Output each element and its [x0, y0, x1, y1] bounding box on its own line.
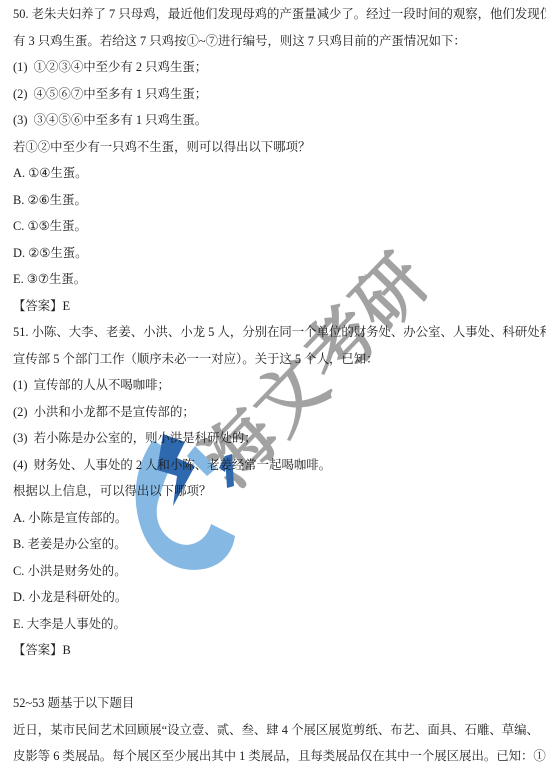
question-51-stem-line-2: 宣传部 5 个部门工作（顺序未必一一对应）。关于这 5 个人，已知：	[13, 346, 535, 373]
section-52-53-body-line-1: 近日，某市民间艺术回顾展“设立壹、贰、叁、肆 4 个展区展览剪纸、布艺、面具、石…	[13, 717, 535, 744]
question-51-condition-1: (1) 宣传部的人从不喝咖啡；	[13, 372, 535, 399]
question-50-answer: 【答案】E	[13, 293, 535, 320]
question-51-option-b: B. 老姜是办公室的。	[13, 531, 535, 558]
question-51-option-c: C. 小洪是财务处的。	[13, 558, 535, 585]
question-51-question-line: 根据以上信息，可以得出以下哪项？	[13, 478, 535, 505]
question-51-stem-line-1: 51. 小陈、大李、老姜、小洪、小龙 5 人，分别在同一个单位的财务处、办公室、…	[13, 319, 535, 346]
question-50-condition-1: (1) ①②③④中至少有 2 只鸡生蛋；	[13, 54, 535, 81]
question-50-option-c: C. ①⑤生蛋。	[13, 213, 535, 240]
question-51-answer: 【答案】B	[13, 637, 535, 664]
question-51-condition-4: (4) 财务处、人事处的 2 人和小陈、老姜经常一起喝咖啡。	[13, 452, 535, 479]
question-51-option-e: E. 大李是人事处的。	[13, 611, 535, 638]
question-51-option-a: A. 小陈是宣传部的。	[13, 505, 535, 532]
question-51-condition-3: (3) 若小陈是办公室的，则小洪是科研处的；	[13, 425, 535, 452]
question-51-condition-2: (2) 小洪和小龙都不是宣传部的；	[13, 399, 535, 426]
section-52-53-header: 52~53 题基于以下题目	[13, 690, 535, 717]
question-50-condition-2: (2) ④⑤⑥⑦中至多有 1 只鸡生蛋；	[13, 81, 535, 108]
question-51-option-d: D. 小龙是科研处的。	[13, 584, 535, 611]
question-50-stem-line-1: 50. 老朱夫妇养了 7 只母鸡，最近他们发现母鸡的产蛋量减少了。经过一段时间的…	[13, 1, 535, 28]
question-50-option-b: B. ②⑥生蛋。	[13, 187, 535, 214]
question-50-option-d: D. ②⑤生蛋。	[13, 240, 535, 267]
question-50-option-a: A. ①④生蛋。	[13, 160, 535, 187]
exam-document-page: 50. 老朱夫妇养了 7 只母鸡，最近他们发现母鸡的产蛋量减少了。经过一段时间的…	[13, 1, 535, 770]
section-52-53-body-line-2: 皮影等 6 类展品。每个展区至少展出其中 1 类展品，且每类展品仅在其中一个展区…	[13, 743, 535, 770]
question-50-option-e: E. ③⑦生蛋。	[13, 266, 535, 293]
question-50-question-line: 若①②中至少有一只鸡不生蛋，则可以得出以下哪项？	[13, 134, 535, 161]
question-50-condition-3: (3) ③④⑤⑥中至多有 1 只鸡生蛋。	[13, 107, 535, 134]
question-50-stem-line-2: 有 3 只鸡生蛋。若给这 7 只鸡按①~⑦进行编号，则这 7 只鸡目前的产蛋情况…	[13, 28, 535, 55]
